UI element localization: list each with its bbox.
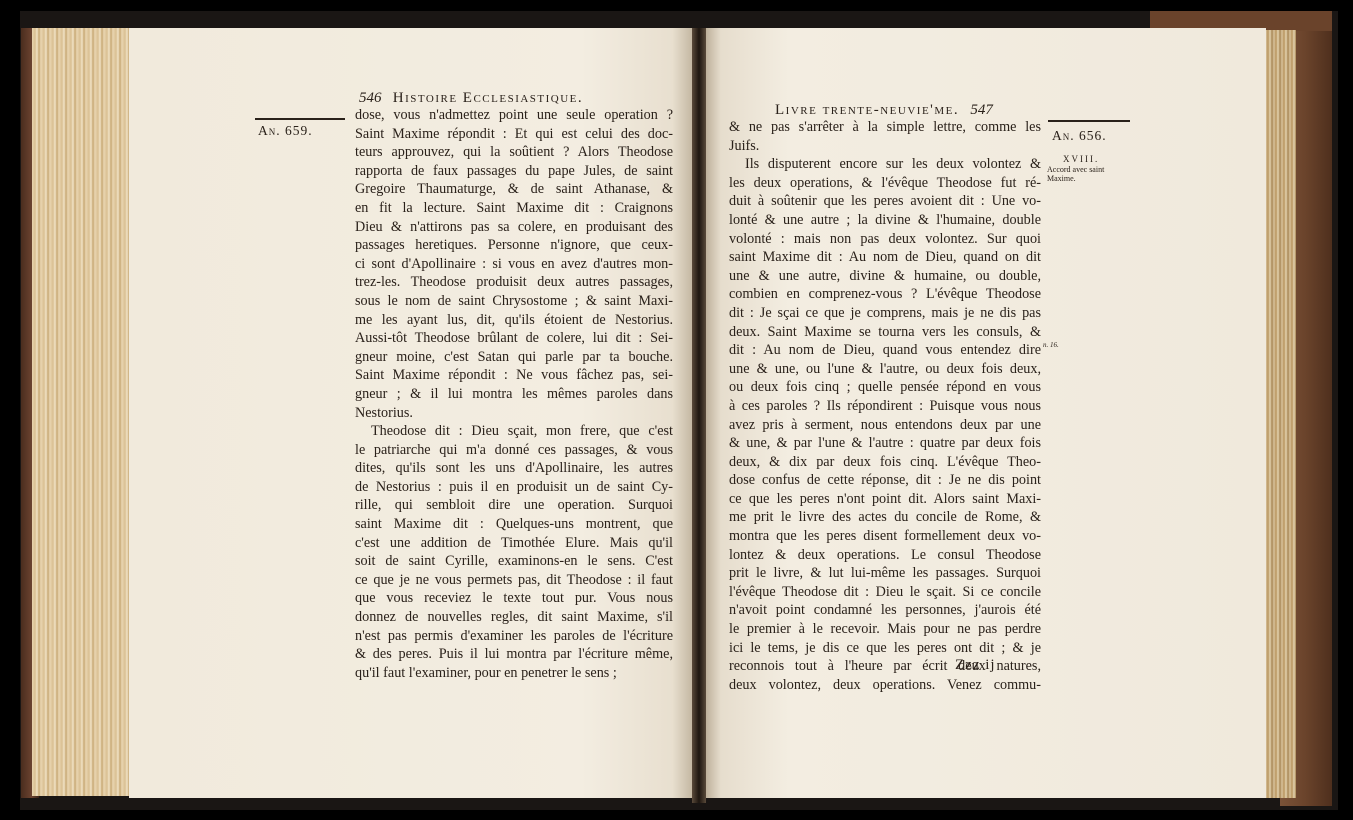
book-gutter [692,28,706,803]
text-line: gneur moine, c'est Satan qui parle par t… [355,348,673,367]
text-line: ou deux fois cinq ; quelle pensée répond… [729,378,1041,397]
text-line: ce que je ne vous permets pas, dit Theod… [355,571,673,590]
text-line: ce que les peres n'ont point dit. Alors … [729,490,1041,509]
text-line: lonté & une autre ; la divine & l'humain… [729,211,1041,230]
left-folio: 546 [359,90,382,106]
page-fore-edge-right [1266,30,1296,798]
text-line: le premier à le recevoir. Mais pour ne p… [729,620,1041,639]
text-line: n'est pas permis d'examiner les paroles … [355,627,673,646]
text-line: duit à soûtenir que les peres avoient di… [729,192,1041,211]
signature-mark: Zzz ij [955,657,996,674]
text-line: en fit la lecture. Saint Maxime dit : Cr… [355,199,673,218]
text-line: passages heretiques. Personne n'ignore, … [355,236,673,255]
page-fore-edge-left [32,28,130,796]
text-line: montra que les peres disent formellement… [729,527,1041,546]
left-running-title: Histoire Ecclesiastique. [393,90,583,106]
text-line: rapporta de faux passages du pape Jules,… [355,162,673,181]
text-line: dites, qu'ils sont les uns d'Apollinaire… [355,459,673,478]
text-line: à ces paroles ? Ils répondirent : Puisqu… [729,397,1041,416]
text-line: Dieu & n'attirons pas sa colere, en prod… [355,218,673,237]
text-line: Aussi-tôt Theodose brûlant de colere, lu… [355,329,673,348]
left-margin-year: An. 659. [258,123,313,139]
margin-reference: n. 16. [1043,341,1059,350]
text-line: teurs approuvez, qui la soûtient ? Alors… [355,143,673,162]
text-line: gneur ; & il lui montra les mêmes parole… [355,385,673,404]
text-line: Ils disputerent encore sur les deux volo… [729,155,1041,174]
text-line: trez-les. Theodose produisit deux autres… [355,273,673,292]
left-running-head: 546 Histoire Ecclesiastique. [353,90,583,107]
text-line: une & une, ou l'une & l'autre, ou deux f… [729,360,1041,379]
left-margin-rule [255,118,345,120]
section-number: XVIII. [1063,155,1099,164]
text-line: c'est une addition de Timothée Elure. Ma… [355,534,673,553]
text-line: ici le tems, je dis ce que les peres ont… [729,639,1041,658]
text-line: Gregoire Thaumaturge, & de saint Athanas… [355,180,673,199]
text-line: dit : Je sçai ce que je comprens, mais j… [729,304,1041,323]
right-margin-rule [1048,120,1130,122]
text-line: deux volontez, deux operations. Venez co… [729,676,1041,695]
right-body-text: & ne pas s'arrêter à la simple lettre, c… [729,118,1041,694]
text-line: me les ayant lus, dit, qu'ils étoient de… [355,311,673,330]
text-line: soit de saint Cyrille, examinons-en le s… [355,552,673,571]
text-line: Nestorius. [355,404,673,423]
text-line: saint Maxime dit : Quelques-uns montrent… [355,515,673,534]
text-line: avez pris à serment, nous entendons deux… [729,416,1041,435]
text-line: volonté : mais non pas deux volontez. Su… [729,230,1041,249]
left-body-text: dose, vous n'admettez point une seule op… [355,106,673,682]
text-line: dose confus de cette réponse, dit : Je n… [729,471,1041,490]
section-title-line1: Accord avec saint [1047,165,1104,174]
text-line: & des peres. Puis il lui montra par l'éc… [355,645,673,664]
text-line: combien en comprenez-vous ? L'évêque The… [729,285,1041,304]
text-line: rille, qui sembloit dire une operation. … [355,496,673,515]
text-line: n'avoit point condamné les personnes, j'… [729,601,1041,620]
text-line: donnez de nouvelles regles, dit saint Ma… [355,608,673,627]
text-line: deux, & dix par deux fois cinq. L'évêque… [729,453,1041,472]
text-line: Theodose dit : Dieu sçait, mon frere, qu… [355,422,673,441]
text-line: que vous receviez le texte tout pur. Vou… [355,589,673,608]
right-margin-year: An. 656. [1052,128,1107,144]
text-line: l'évêque Theodose dit : Dieu le sçait. S… [729,583,1041,602]
right-folio: 547 [970,102,993,118]
text-line: sous le nom de saint Chrysostome ; & sai… [355,292,673,311]
text-line: Saint Maxime répondit : Et qui est celui… [355,125,673,144]
text-line: lontez & deux operations. Le consul Theo… [729,546,1041,565]
text-line: prit le livre, & lut lui-même les passag… [729,564,1041,583]
text-line: & une, & par l'une & l'autre : quatre pa… [729,434,1041,453]
right-running-title: Livre trente-neuvie'me. [775,102,959,118]
text-line: ci sont d'Apollinaire : si vous en avez … [355,255,673,274]
right-running-head: Livre trente-neuvie'me. 547 [775,102,999,119]
text-line: deux. Saint Maxime se tourna vers les co… [729,323,1041,342]
text-line: & ne pas s'arrêter à la simple lettre, c… [729,118,1041,137]
text-line: dose, vous n'admettez point une seule op… [355,106,673,125]
text-line: Saint Maxime répondit : Ne vous fâchez p… [355,366,673,385]
section-title-line2: Maxime. [1047,174,1076,183]
text-line: les deux operations, & l'évêque Theodose… [729,174,1041,193]
text-line: qu'il faut l'examiner, pour en penetrer … [355,664,673,683]
text-line: saint Maxime dit : Au nom de Dieu, quand… [729,248,1041,267]
text-line: le patriarche qui m'a donné ces passages… [355,441,673,460]
text-line: une & une autre, divine & humaine, ou do… [729,267,1041,286]
text-line: dit : Au nom de Dieu, quand vous entende… [729,341,1041,360]
text-line: de Nestorius : puis il en produisit un d… [355,478,673,497]
text-line: Juifs. [729,137,1041,156]
text-line: me prit le livre des actes du concile de… [729,508,1041,527]
